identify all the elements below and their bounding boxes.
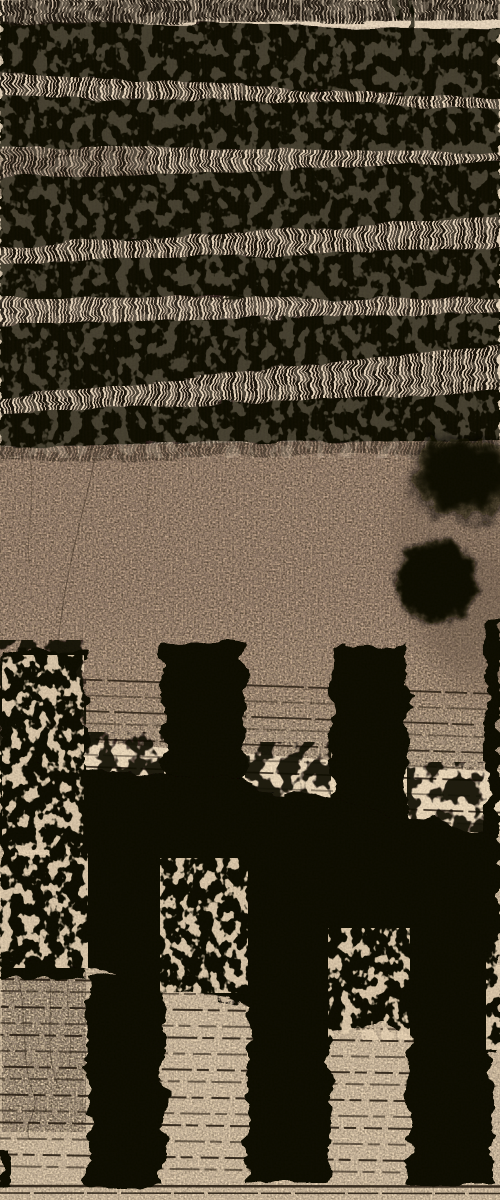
artwork-canvas [0, 0, 500, 1200]
overall-grain [0, 0, 500, 1200]
artwork-layers [0, 0, 500, 1200]
abstract-print-artwork [0, 0, 500, 1200]
